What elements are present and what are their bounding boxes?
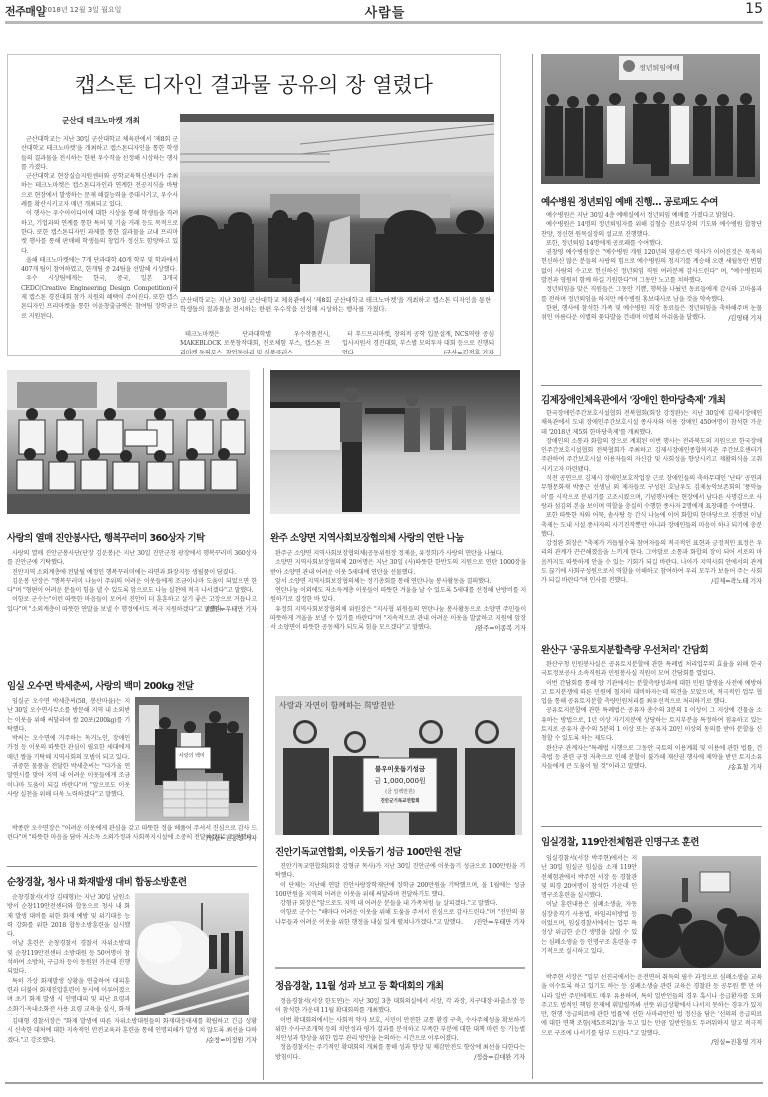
column-divider: [532, 54, 533, 1079]
jinan-church-donation-photo: 사랑과 자연이 함께하는 희망진안 불우이웃돕기성금 금 1,000,000원 …: [275, 696, 522, 835]
masthead-divider: [5, 21, 763, 24]
paragraph: 임실군 오수면 박세춘씨(58, 봉산마을)는 지난 30일 오수면사무소를 방…: [7, 697, 130, 734]
imsil-police-body-wrap: 임실경찰서(서장 박주현)에서는 지난 30일 임실군 임실읍 소재 119안전…: [541, 854, 637, 972]
imsil-police-headline: 임실경찰, 119안전체험관 인명구조 훈련: [541, 834, 762, 848]
jinan-volunteer-photo: [7, 370, 250, 514]
yesu-headline: 예수병원 정년퇴임 예배 진행… 공로패도 수여: [541, 194, 762, 208]
divider: [541, 826, 762, 827]
paragraph: 식전 공연으로 김제시 장애인보호작업장 근로 장애인들의 축하무대인 '난타'…: [541, 474, 762, 511]
paragraph: 특히 가상 화재발생 상황을 연출하여 대피훈련과 더불어 화재진압훈련이 동시…: [7, 977, 130, 1015]
donation-sign: 불우이웃돕기성금 금 1,000,000원 (금 일백만원) 진안군기독교연합회: [363, 758, 437, 812]
sign-title: 불우이웃돕기성금: [363, 764, 437, 773]
paragraph: 정읍경찰서(서장 한도연)는 지난 30일 3층 대회의실에서 서장, 각 과장…: [275, 997, 525, 1016]
jinan-church-body: 진안기독교연합회(회장 강형규 목사)가 지난 30일 진안군에 이웃돕기 성금…: [275, 862, 525, 952]
page-number: 15: [745, 1, 763, 17]
paragraph: 예수병원은 지난 30일 4층 예배실에서 정년퇴임 예배를 가졌다고 밝혔다.: [541, 211, 762, 220]
paragraph: 진안지역 소외계층에 전달될 예정인 행복꾸러미에는 라면과 화장지등 생필품이…: [7, 568, 257, 577]
byline: /군산=김정훈 기자: [342, 349, 494, 354]
divider: [7, 866, 257, 867]
jeongeup-headline: 정읍경찰, 11월 성과 보고 등 확대회의 개최: [275, 978, 525, 992]
masthead: 전주매일 2018년 12월 3일 월요일 사람들 15: [5, 0, 763, 22]
paragraph: 완산구청 민원봉사실은 공유토지분할에 관한 특례법 처리업무의 효율을 위해 …: [541, 660, 762, 679]
exhibition-hall-photo-icon: [180, 114, 494, 292]
page-bottom-divider: [5, 1082, 763, 1084]
paragraph: 강형규 회장은"앞으로도 지역 내 어려운 분들을 내 가족처럼 늘 살피겠다.…: [275, 899, 525, 908]
paragraph: 한국장애인주간보호시설협회 전북협회(회장 강정완)는 지난 30일에 김제시장…: [541, 409, 762, 437]
imsil-rice-body: 박종란 오수면장은 "어려운 이웃에게 관심을 갖고 따뜻한 정을 베풀어 주셔…: [7, 824, 257, 862]
paragraph: 이번 간담회를 통해 양 기관에서는 분할측량성과에 대한 민원 발생을 사전에…: [541, 679, 762, 707]
rice-bags-photo-icon: 사랑의 백미: [135, 697, 249, 821]
newspaper-name: 전주매일: [5, 3, 46, 19]
feature-headline: 캡스톤 디자인 결과물 공유의 장 열렸다: [8, 69, 500, 99]
paragraph: 완주군 소양면 지역사회보장협의체(공동위원장 정제윤, 유정희)가 사랑의 연…: [270, 549, 526, 558]
wanju-body: 완주군 소양면 지역사회보장협의체(공동위원장 정제윤, 유정희)가 사랑의 연…: [270, 549, 526, 677]
paragraph: 올해 테크노마켓에는 7개 단과대학 40개 학부 및 학과에서 407개 팀이…: [21, 256, 178, 275]
paragraph: 박주현 서장은 "일부 선진국에서는 운전면허 취득의 필수 과정으로 심폐소생…: [541, 973, 762, 1038]
paragraph: 김운봉 단장은 "행복꾸러미 나눔이 주위의 어려운 이웃들에게 조금이나마 도…: [7, 577, 257, 596]
briquette-delivery-photo-icon: [270, 370, 520, 514]
paragraph: 군산대학교 현장실습지원센터와 공학교육혁신센터가 주최하는 테크노마켓은 캡스…: [21, 172, 178, 209]
wall-banner-text: 사랑과 자연이 함께하는 희망진안: [279, 700, 395, 710]
sign-amount-korean: (금 일백만원): [363, 788, 437, 795]
paragraph: 앞서 소양면 지역사회보장협의체는 정기총회를 통해 연탄나눔 봉사활동을 결의…: [270, 577, 526, 586]
divider: [541, 385, 762, 386]
sunchang-body: 김태형 경찰서장은 "화재 발생에 따른 자위소방대원들의 화재대응태세를 확립…: [7, 1017, 257, 1079]
sign-amount: 금 1,000,000원: [363, 776, 437, 786]
paragraph: 공유토지분할에 관한 특례법은 공유자 총수의 3분의 1 이상이 그 지상에 …: [541, 706, 762, 743]
feature-photo-technomarket: [180, 114, 494, 292]
training-room-photo-icon: [642, 856, 761, 968]
rice-donation-photo: 사랑의 백미: [135, 697, 249, 821]
paragraph: 이 행사는 우수아이디어에 대한 시상을 통해 학생들을 격려하고, 기업과의 …: [21, 209, 178, 255]
imsil-police-body: 박주현 서장은 "일부 선진국에서는 운전면허 취득의 필수 과정으로 심폐소생…: [541, 973, 762, 1081]
feature-body-col2: 테크노마켓은 단과대학별 우수작품전시, MAKEBLOCK 로봇창작대회, 진…: [180, 330, 330, 354]
paragraph: 진안기독교연합회(회장 강형규 목사)가 지난 30일 진안군에 이웃돕기 성금…: [275, 862, 525, 881]
paragraph: 이 단체는 지난해 연말 진안사랑장학재단에 장학금 200만원을 기탁했으며,…: [275, 881, 525, 900]
paragraph: 우수 시상팀에게는 한국, 중국, 일본 3개국 CEDC(Creative E…: [21, 274, 178, 320]
feature-body-col1: 군산대학교는 지난 30일 군산대학교 체육관에서 '제8회 군산대학교 테크노…: [21, 135, 178, 353]
sunchang-headline: 순창경찰, 청사 내 화재발생 대비 합동소방훈련: [7, 874, 257, 888]
jinan-volunteer-body: 사랑의 열매 진안군봉사단(단장 김운봉)은 지난 30일 진안군청 광장에서 …: [7, 549, 257, 657]
paragraph: 이날 훈련은 순창경찰서 경찰서 자위소방대 및 순창119안전센터 소방대원 …: [7, 939, 130, 976]
imsil-rice-headline: 임실 오수면 박세춘씨, 사랑의 백미 200kg 전달: [7, 678, 257, 692]
byline: /정읍=김대완 기자: [275, 1053, 525, 1062]
group-photo-icon: 정년퇴임예배: [541, 54, 760, 184]
paragraph: 귀중한 물품을 전달한 박세춘씨는 "다가올 연말연시를 맞아 지역 내 어려운…: [7, 762, 130, 799]
paragraph: 순창경찰서(서장 김태형)는 지난 30일 남원소방서 순창119안전센터와 합…: [7, 893, 130, 939]
cpr-training-photo: [642, 856, 761, 968]
paragraph: 또한 따뜻한 차와 어묵, 솜사탕 등 간식 나눔에 이어 화합의 한마당으로 …: [541, 511, 762, 539]
fire-drill-photo: [135, 893, 249, 1015]
paragraph: 또한, 정년퇴임 14명에게 공로패를 수여했다.: [541, 239, 762, 248]
wanju-briquette-photo: [270, 370, 520, 514]
feature-subheadline: 군산대 테크노마켓 개최: [21, 115, 181, 126]
fire-extinguisher-smoke-photo-icon: [135, 893, 249, 1015]
jinan-church-headline: 진안기독교연합회, 이웃돕기 성금 100만원 전달: [275, 844, 525, 858]
jinan-volunteer-headline: 사랑의 열매 진안봉사단, 행복꾸러미 360상자 기탁: [7, 530, 257, 544]
volunteer-group-photo-icon: [7, 370, 250, 514]
paragraph: 이날 훈련내용은 심폐소생술, 자동심장충격기 사용법, 하임리히방법 등이었으…: [541, 900, 637, 956]
column-divider: [263, 368, 264, 1080]
jeongeup-body: 정읍경찰서(서장 한도연)는 지난 30일 3층 대회의실에서 서장, 각 과장…: [275, 997, 525, 1073]
issue-date: 2018년 12월 3일 월요일: [43, 5, 121, 15]
paragraph: 테크노마켓은 단과대학별 우수작품전시, MAKEBLOCK 로봇창작대회, 진…: [180, 330, 330, 354]
paragraph: 예수병원은 14명의 정년퇴임자를 위해 김철승 진료부장의 기도와 예수병원 …: [541, 220, 762, 239]
divider: [275, 967, 525, 969]
paragraph: 이번 확대회의에서는 사회적 약자 보호, 시민이 안전한 교통 환경 구축, …: [275, 1016, 525, 1044]
paragraph: 임실경찰서(서장 박주현)에서는 지난 30일 임실군 임실읍 소재 119안전…: [541, 854, 637, 900]
wanju-headline: 완주 소양면 지역사회보장협의체 사랑의 연탄 나눔: [270, 530, 526, 544]
yesu-hospital-photo: 정년퇴임예배: [541, 54, 760, 184]
wansan-headline: 완산구 '공유토지분할측량 우선처리' 간담회: [541, 642, 762, 656]
sunchang-body-wrap: 순창경찰서(서장 김태형)는 지난 30일 남원소방서 순창119안전센터와 합…: [7, 893, 130, 1015]
gimje-body: 한국장애인주간보호시설협회 전북협회(회장 강정완)는 지난 30일에 김제시장…: [541, 409, 762, 631]
gimje-headline: 김제장애인체육관에서 '장애인 한마당축제' 개최: [541, 392, 762, 406]
paragraph: 정년퇴임을 맞은 직원들은 그동안 기쁨, 행복을 나눴던 동료들에게 감사와 …: [541, 285, 762, 304]
feature-article: 캡스톤 디자인 결과물 공유의 장 열렸다 군산대 테크노마켓 개최 군산대학교…: [7, 54, 501, 356]
sign-organization: 진안군기독교연합회: [363, 798, 437, 804]
feature-body-col3: 터 푸드프리마켓, 창의적 공학 입문설계, NCS역량 중심 입사지원서 경진…: [342, 330, 494, 354]
paragraph: 박씨는 오수면에 거주하는 독거노인, 장애인 가정 등 이웃의 따뜻한 관심이…: [7, 734, 130, 762]
paragraph: 장애인의 소통과 화합의 장으로 계획된 이번 행사는 전라북도의 지원으로 한…: [541, 437, 762, 474]
feature-photo-caption: 군산대학교는 지난 30일 군산대학교 체육관에서 '제8회 군산대학교 테크노…: [180, 296, 494, 314]
banner-text: 정년퇴임예배: [639, 63, 680, 72]
yesu-body: 예수병원은 지난 30일 4층 예배실에서 정년퇴임 예배를 가졌다고 밝혔다.…: [541, 211, 762, 373]
sign-text: 사랑의 백미: [179, 752, 205, 759]
byline: /임실=진홍영 기자: [541, 1038, 762, 1047]
paragraph: 소양면 지역사회보장협의체 20여명은 지난 30일 (사)따뜻한 한반도의 지…: [270, 558, 526, 577]
wansan-body: 완산구청 민원봉사실은 공유토지분할에 관한 특례법 처리업무의 효율을 위해 …: [541, 660, 762, 817]
paragraph: 권창영 예수병원장은 "예수병원 개원 120년의 영광스런 역사가 이어진것은…: [541, 248, 762, 285]
paragraph: 군산대학교는 지난 30일 군산대학교 체육관에서 '제8회 군산대학교 테크노…: [21, 135, 178, 172]
imsil-rice-body-wrap: 임실군 오수면 박세춘씨(58, 봉산마을)는 지난 30일 오수면사무소를 방…: [7, 697, 130, 822]
paragraph: 연탄나눔 이외에도 저소득계층 이웃들이 따뜻한 겨울을 날 수 있도록 5세대…: [270, 586, 526, 605]
section-title: 사람들: [245, 2, 525, 21]
paragraph: 사랑의 열매 진안군봉사단(단장 김운봉)은 지난 30일 진안군청 광장에서 …: [7, 549, 257, 568]
